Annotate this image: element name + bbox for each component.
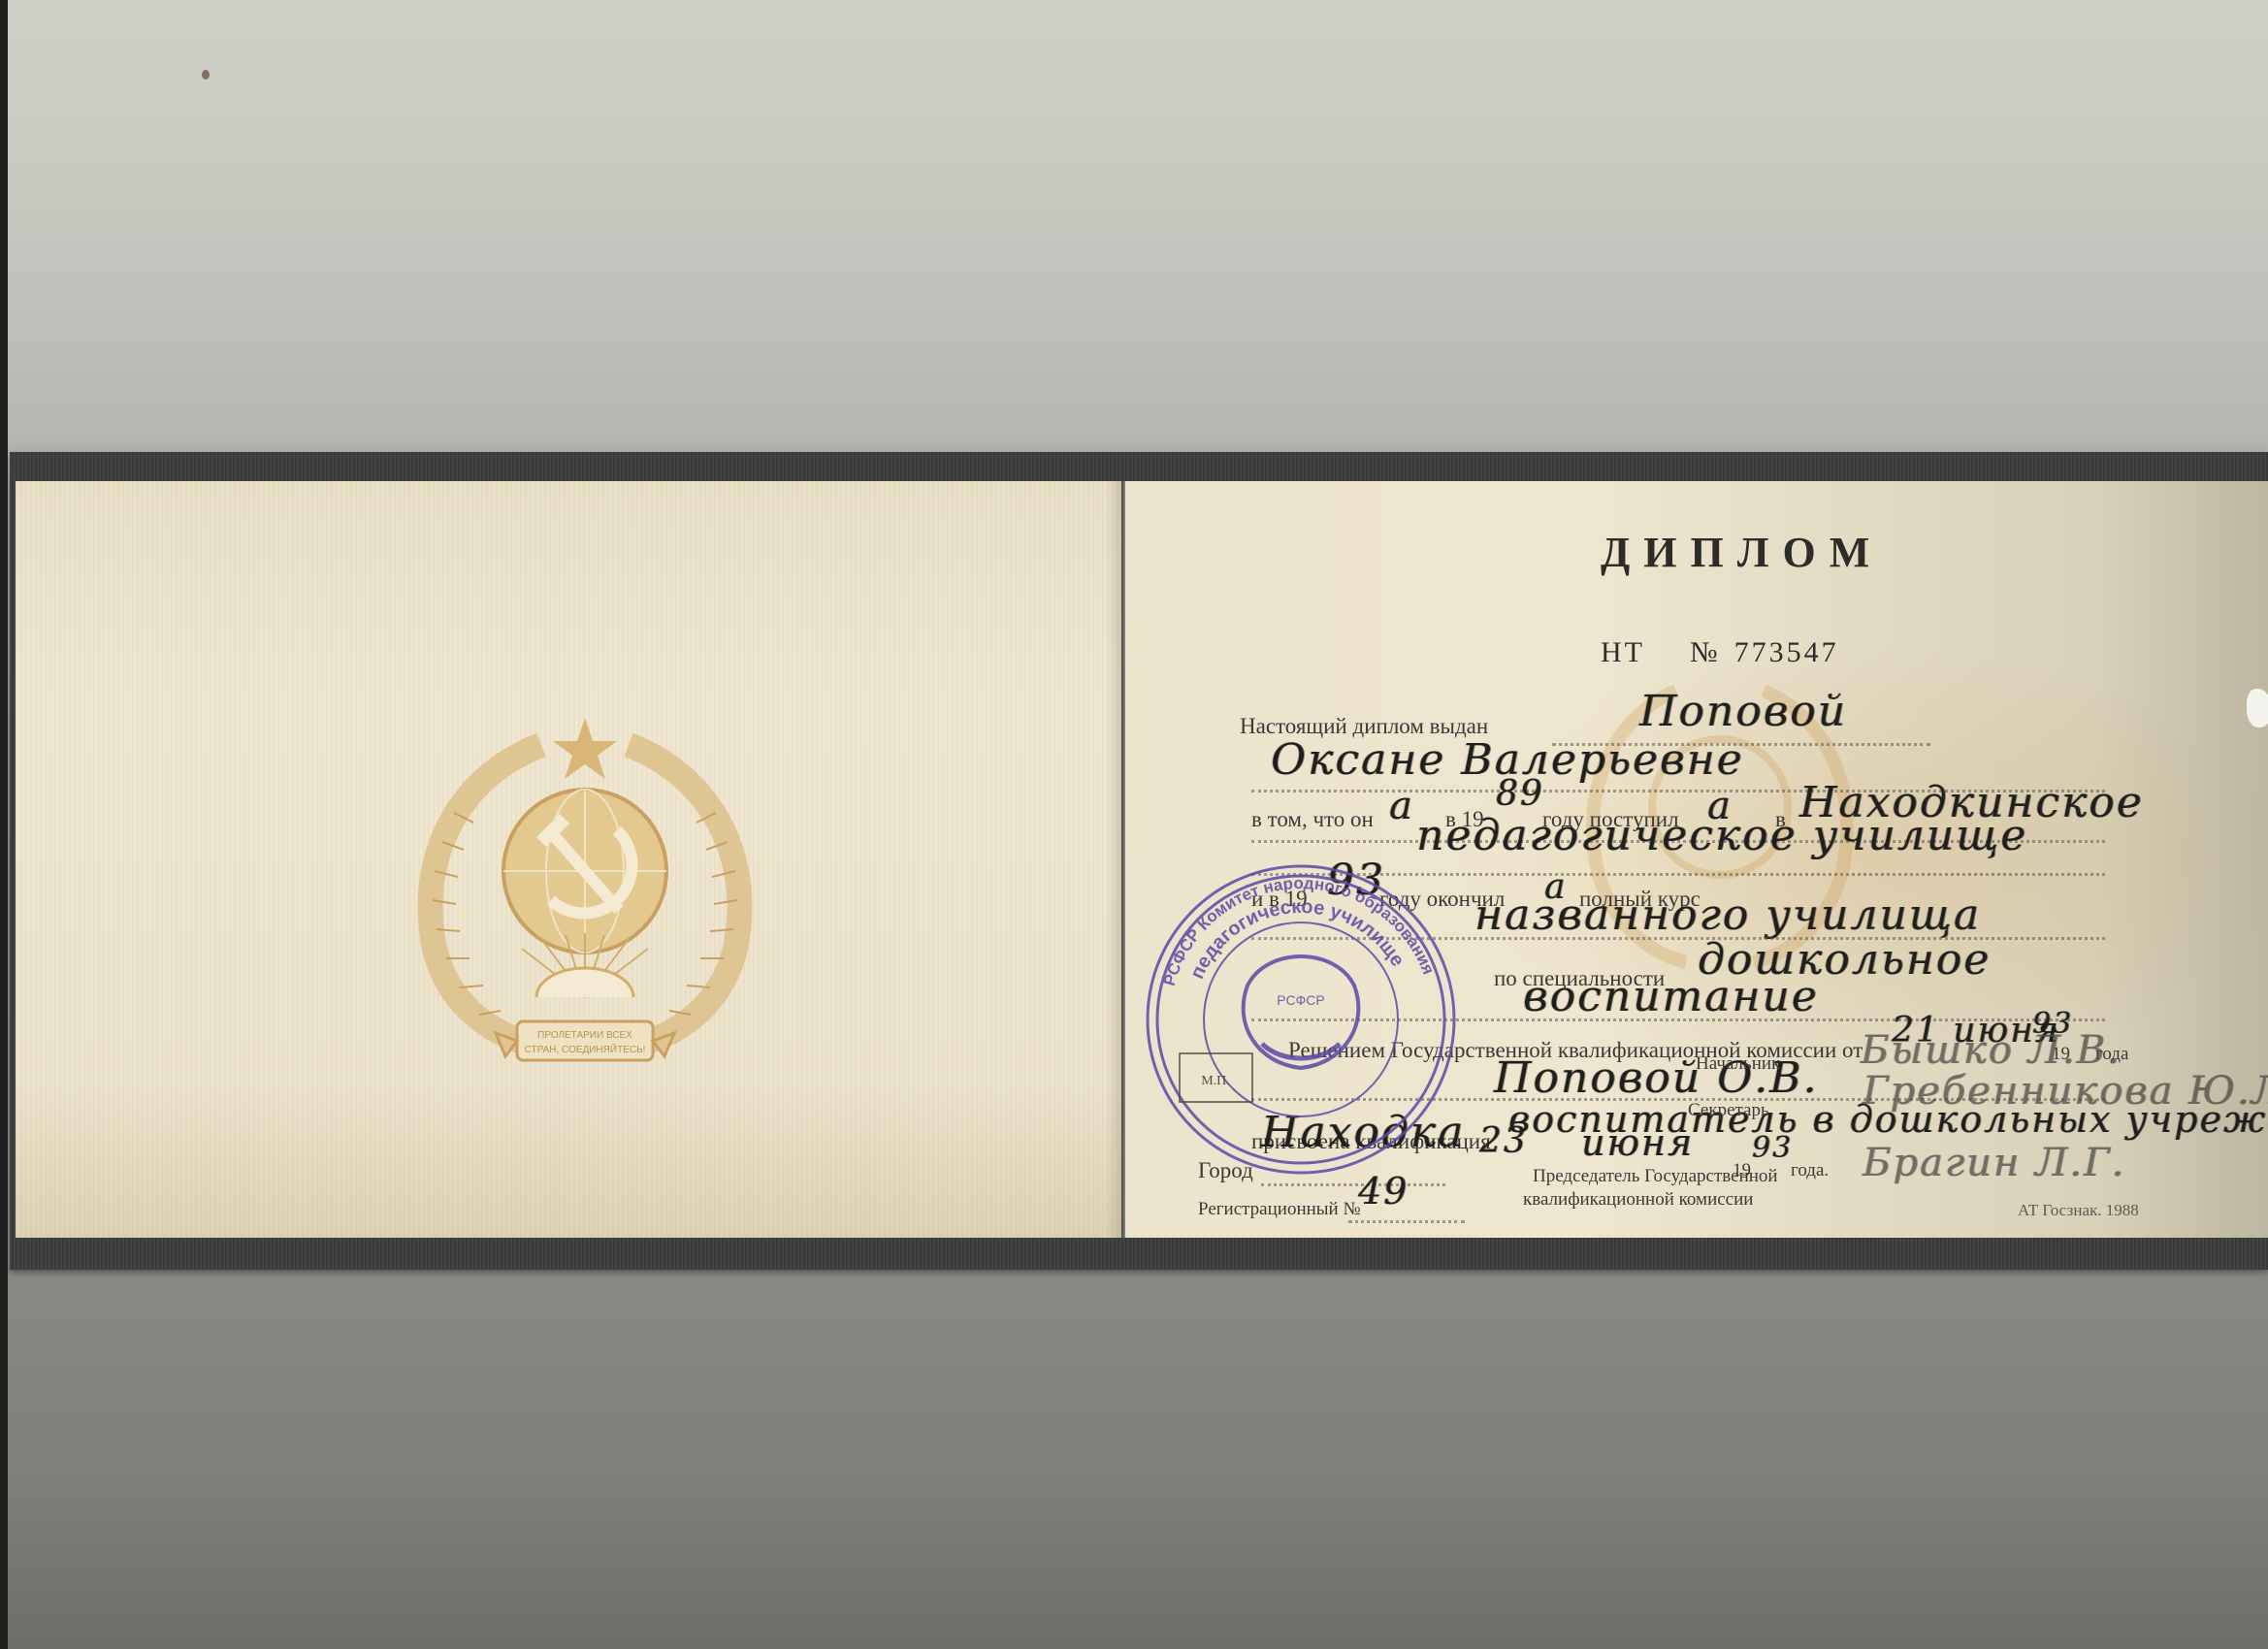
- scanner-edge: [0, 0, 8, 1649]
- recipient-surname: Поповой: [1639, 687, 1847, 736]
- school-name-2: педагогическое училище: [1416, 811, 2027, 860]
- specialty-2: воспитание: [1523, 972, 1819, 1021]
- number-sign: №: [1690, 636, 1721, 668]
- registration-label: Регистрационный №: [1198, 1199, 1361, 1220]
- chairman-signature: Брагин Л.Г.: [1863, 1141, 2125, 1185]
- diploma-cover: ПРОЛЕТАРИИ ВСЕХ СТРАН, СОЕДИНЯЙТЕСЬ! ДИП…: [10, 452, 2268, 1270]
- printer-imprint: АТ Госзнак. 1988: [2018, 1201, 2139, 1220]
- head-signature: Бышко Л.В.: [1861, 1028, 2122, 1073]
- secretary-signature: Гребенникова Ю.Л.: [1863, 1069, 2268, 1114]
- year-entered: 89: [1496, 774, 1544, 814]
- date-year: 93: [1752, 1131, 1793, 1165]
- diploma-title: ДИПЛОМ: [1601, 528, 1883, 577]
- head-label: Начальник: [1696, 1053, 1780, 1075]
- fill-line: [1261, 1183, 1445, 1186]
- secretary-label: Секретарь: [1688, 1100, 1769, 1121]
- svg-text:СТРАН, СОЕДИНЯЙТЕСЬ!: СТРАН, СОЕДИНЯЙТЕСЬ!: [525, 1043, 646, 1055]
- left-page: ПРОЛЕТАРИИ ВСЕХ СТРАН, СОЕДИНЯЙТЕСЬ!: [16, 481, 1121, 1238]
- gender-suffix: а: [1389, 784, 1414, 828]
- date-year-suffix: года.: [1791, 1160, 1829, 1181]
- svg-text:М.П.: М.П.: [1201, 1074, 1230, 1088]
- course-of: названного училища: [1474, 890, 1981, 940]
- fill-line: [1348, 1220, 1465, 1223]
- dust-speck: [202, 70, 210, 80]
- official-stamp-icon: РСФСР Комитет народного образования педа…: [1141, 859, 1461, 1180]
- torn-paper-spot: [2247, 689, 2268, 727]
- ussr-coat-of-arms-icon: ПРОЛЕТАРИИ ВСЕХ СТРАН, СОЕДИНЯЙТЕСЬ!: [396, 706, 774, 1084]
- date-month: июня: [1581, 1121, 1694, 1164]
- date-year-prefix: 19: [1733, 1160, 1751, 1181]
- diploma-number: НТ№773547: [1601, 636, 1839, 669]
- svg-text:ПРОЛЕТАРИИ ВСЕХ: ПРОЛЕТАРИИ ВСЕХ: [537, 1030, 632, 1041]
- date-day: 23: [1479, 1121, 1528, 1161]
- svg-text:РСФСР: РСФСР: [1277, 992, 1324, 1008]
- serial-number: 773547: [1734, 636, 1839, 668]
- that-he-label: в том, что он: [1251, 807, 1374, 832]
- series-code: НТ: [1601, 636, 1645, 668]
- chairman-label-2: квалификационной комиссии: [1523, 1189, 1753, 1211]
